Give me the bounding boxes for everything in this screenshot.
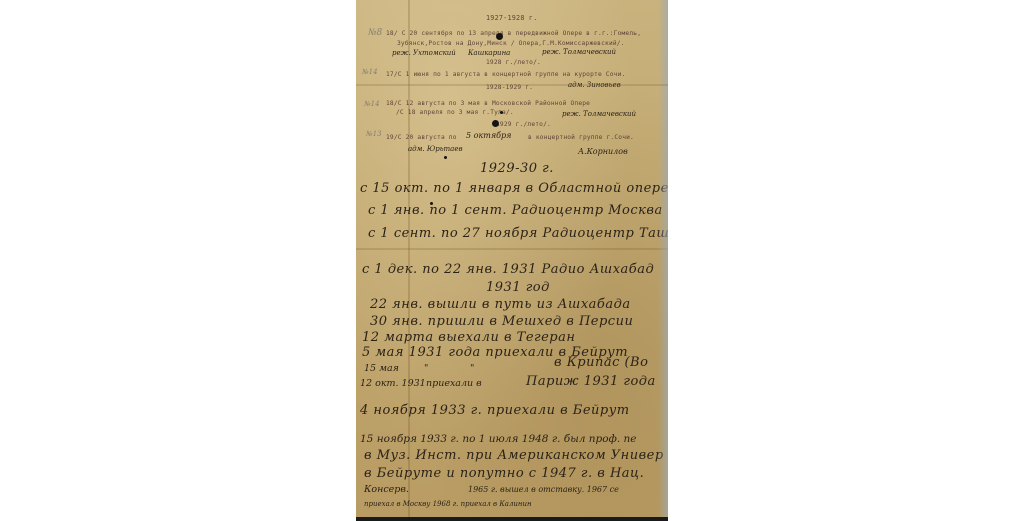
typed-entry-4-end: в концертной группе г.Сочи. — [528, 134, 634, 141]
hand-line-3: с 1 сент. по 27 ноября Радиоцентр Ташкен… — [368, 226, 668, 241]
ink-dot — [500, 111, 503, 114]
typed-entry-1-line-1: 18/ С 20 сентября по 13 апреля в передви… — [386, 30, 641, 37]
hand-line-14: в Бейруте и попутно с 1947 г. в Нац. — [364, 466, 644, 481]
hand-line-10-place: Париж 1931 года — [526, 374, 656, 389]
scanned-document-page: 1927-1928 г. 18/ С 20 сентября по 13 апр… — [356, 0, 668, 521]
typed-entry-1-line-2: Зубянск,Ростов на Дону,Минск / Опера,Г.М… — [397, 40, 625, 47]
punch-hole — [496, 33, 503, 40]
hand-line-5: 22 янв. вышли в путь из Ашхабада — [370, 297, 631, 312]
hand-line-9-place: в Крипас (Во — [554, 355, 648, 370]
note-october: 5 октября — [466, 131, 511, 140]
hand-line-16: приехал в Москву 1968 г. приехал в Калин… — [364, 500, 532, 508]
image-viewer: 1927-1928 г. 18/ С 20 сентября по 13 апр… — [0, 0, 1024, 521]
typed-heading-1927-1928: 1927-1928 г. — [486, 14, 538, 22]
margin-note-4: №13 — [366, 130, 382, 138]
hand-line-6: 30 янв. пришли в Мешхед в Персии — [370, 314, 633, 329]
typed-year-1928: 1928 г./лето/. — [486, 59, 541, 66]
typed-heading-1928-1929: 1928-1929 г. — [486, 84, 533, 91]
hand-line-15-start: Консерв. — [364, 484, 409, 495]
ink-dot — [444, 156, 447, 159]
hand-line-1: с 15 окт. по 1 января в Областной опере … — [360, 181, 668, 196]
paper-fold — [356, 248, 668, 250]
hand-line-9-ditto-1: " — [424, 363, 428, 374]
hand-line-9-date: 15 мая — [364, 363, 399, 374]
page-edge-shadow — [658, 0, 668, 521]
hand-line-10-verb: приехали в — [426, 378, 482, 389]
typed-entry-3-line-2: /С 18 апреля по 3 мая г.Тула/. — [396, 109, 514, 116]
note-kashkarina: Кашкарина — [468, 49, 510, 57]
note-admin-zinoviev: адм. Зиновьев — [568, 81, 621, 89]
signature: А.Корнилов — [578, 147, 628, 156]
hand-line-13: в Муз. Инст. при Американском Универ — [364, 448, 664, 463]
ink-dot — [430, 202, 433, 205]
note-admin-yurtaev: адм. Юрьтаев — [408, 145, 463, 153]
note-director-tolmachevsky-1: реж. Толмачевский — [542, 48, 616, 56]
margin-note-2: №14 — [362, 68, 378, 76]
hand-line-2: с 1 янв. по 1 сент. Радиоцентр Москва — [368, 203, 663, 218]
heading-1929-30: 1929-30 г. — [480, 161, 554, 176]
hand-line-9-ditto-2: " — [470, 363, 474, 374]
hand-line-11: 4 ноября 1933 г. приехали в Бейрут — [360, 403, 630, 418]
heading-1931: 1931 год — [486, 280, 550, 295]
margin-note-1: №8 — [368, 28, 382, 38]
note-director-tolmachevsky-2: реж. Толмачевский — [562, 110, 636, 118]
punch-hole — [492, 120, 499, 127]
page-bottom-edge — [356, 517, 668, 521]
typed-year-1929: 1929 г./лето/. — [496, 121, 551, 128]
typed-entry-4-start: 19/С 20 августа по — [386, 134, 457, 141]
note-director-ukhtomsky: реж. Ухтомский — [392, 49, 456, 57]
hand-line-15-end: 1965 г. вышел в отставку. 1967 се — [468, 485, 619, 494]
margin-note-3: №14 — [364, 100, 380, 108]
hand-line-10-date: 12 окт. 1931 — [360, 378, 426, 389]
hand-line-4: с 1 дек. по 22 янв. 1931 Радио Ашхабад — [362, 262, 654, 277]
hand-line-12: 15 ноября 1933 г. по 1 июля 1948 г. был … — [360, 433, 636, 445]
typed-entry-3-line-1: 18/С 12 августа по 3 мая в Московской Ра… — [386, 100, 590, 107]
typed-entry-2: 17/С 1 июня по 1 августа в концертной гр… — [386, 71, 625, 78]
hand-line-7: 12 марта выехали в Тегеран — [362, 330, 575, 345]
